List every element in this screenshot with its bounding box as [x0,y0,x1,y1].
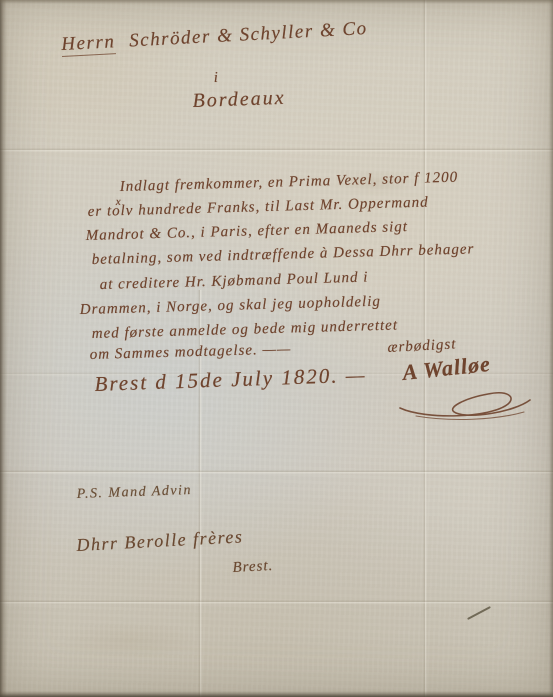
body-line: Indlagt fremkommer, en Prima Vexel, stor… [120,170,459,196]
postscript-note: P.S. Mand Advin [76,483,192,503]
scan-edge-bottom [0,691,553,697]
body-line: med første anmelde og bede mig underrett… [92,317,399,343]
recipient-city: Bordeaux [192,87,286,113]
signature-flourish [396,378,536,423]
paper-stain [60,620,200,660]
body-line: at creditere Hr. Kjøbmand Poul Lund i [100,270,369,294]
recipient-line: HerrnSchröder & Schyller & Co [61,18,368,56]
dateline: Brest d 15de July 1820. — [94,363,367,397]
recipient-name: Schröder & Schyller & Co [129,18,368,51]
scan-edge-top [0,0,553,4]
body-line: om Sammes modtagelse. —— [90,341,292,364]
body-line: Mandrot & Co., i Paris, efter en Maaneds… [86,219,409,245]
letter-scan: HerrnSchröder & Schyller & Co i Bordeaux… [0,0,553,697]
scan-edge-left [0,0,7,697]
scan-edge-right [549,0,553,697]
fold-crease-horizontal [0,600,553,604]
closing-valediction: ærbødigst [387,336,457,357]
address-note-name: Dhrr Berolle frères [76,526,244,556]
address-note-city: Brest. [232,558,274,577]
fold-crease-horizontal [0,148,553,152]
recipient-salutation: Herrn [61,31,116,57]
scratch-mark [467,606,491,620]
recipient-preposition: i [213,70,218,87]
fold-crease-horizontal [0,470,553,474]
body-line: Drammen, i Norge, og skal jeg uopholdeli… [80,294,382,319]
body-line: er tolv hundrede Franks, til Last Mr. Op… [88,194,429,221]
body-line: betalning, som ved indtræffende à Dessa … [92,241,475,269]
